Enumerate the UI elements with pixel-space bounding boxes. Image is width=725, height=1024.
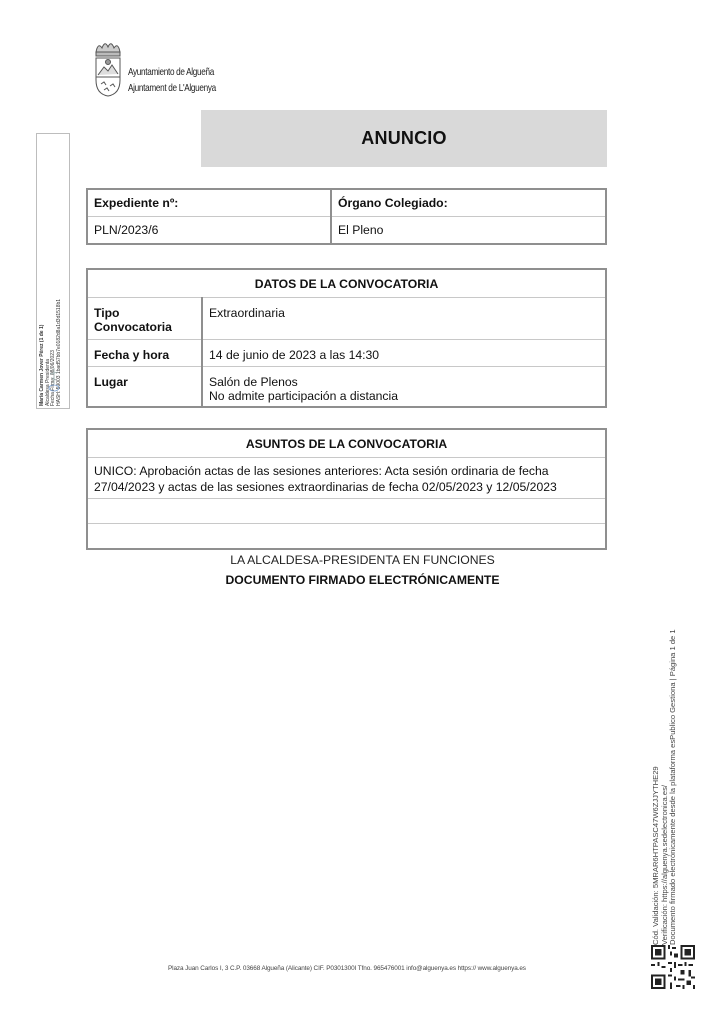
document-title: ANUNCIO (361, 128, 446, 149)
table-row (87, 524, 606, 550)
table-row: Lugar Salón de Plenos No admite particip… (87, 367, 606, 408)
table-row (87, 499, 606, 524)
org-name-es: Ayuntamiento de Algueña (128, 66, 214, 78)
tipo-value: Extraordinaria (202, 298, 606, 340)
lugar-value: Salón de Plenos No admite participación … (202, 367, 606, 408)
verification-info: Cód. Validación: 5MRAR6HTPASC47W6ZJJYTHE… (652, 629, 678, 945)
table-row: Tipo Convocatoria Extraordinaria (87, 298, 606, 340)
qr-code-icon[interactable] (651, 945, 695, 989)
table-row: UNICO: Aprobación actas de las sesiones … (87, 458, 606, 499)
organo-value: El Pleno (331, 217, 606, 245)
signer-title: LA ALCALDESA-PRESIDENTA EN FUNCIONES (0, 553, 725, 567)
asunto-item-empty (87, 524, 606, 550)
table-row: Fecha y hora 14 de junio de 2023 a las 1… (87, 340, 606, 367)
signature-seal-icon (47, 366, 61, 394)
municipal-logo: Ayuntamiento de Algueña Ajuntament de L'… (88, 38, 218, 100)
asunto-item: UNICO: Aprobación actas de las sesiones … (87, 458, 606, 499)
fecha-value: 14 de junio de 2023 a las 14:30 (202, 340, 606, 367)
fecha-label: Fecha y hora (87, 340, 202, 367)
electronic-signature-note: DOCUMENTO FIRMADO ELECTRÓNICAMENTE (0, 573, 725, 587)
org-name-va: Ajuntament de L'Alguenya (128, 82, 216, 94)
lugar-label: Lugar (87, 367, 202, 408)
document-title-box: ANUNCIO (201, 110, 607, 167)
signature-strip: María Carmen Jover Pérez (1 de 1) Alcald… (36, 133, 70, 409)
lugar-line-2: No admite participación a distancia (209, 389, 599, 403)
datos-header: DATOS DE LA CONVOCATORIA (87, 269, 606, 298)
tipo-label: Tipo Convocatoria (87, 298, 202, 340)
expediente-label: Expediente nº: (87, 189, 331, 217)
asuntos-header: ASUNTOS DE LA CONVOCATORIA (87, 429, 606, 458)
organo-label: Órgano Colegiado: (331, 189, 606, 217)
coat-of-arms-icon (92, 40, 124, 98)
expediente-table: Expediente nº: Órgano Colegiado: PLN/202… (86, 188, 607, 245)
asuntos-convocatoria-table: ASUNTOS DE LA CONVOCATORIA UNICO: Aproba… (86, 428, 607, 550)
datos-convocatoria-table: DATOS DE LA CONVOCATORIA Tipo Convocator… (86, 268, 607, 408)
lugar-line-1: Salón de Plenos (209, 375, 599, 389)
expediente-value: PLN/2023/6 (87, 217, 331, 245)
footer-address: Plaza Juan Carlos I, 3 C.P. 03668 Algueñ… (168, 965, 526, 972)
asunto-item-empty (87, 499, 606, 524)
platform-note: Documento firmado electrónicamente desde… (669, 629, 678, 945)
